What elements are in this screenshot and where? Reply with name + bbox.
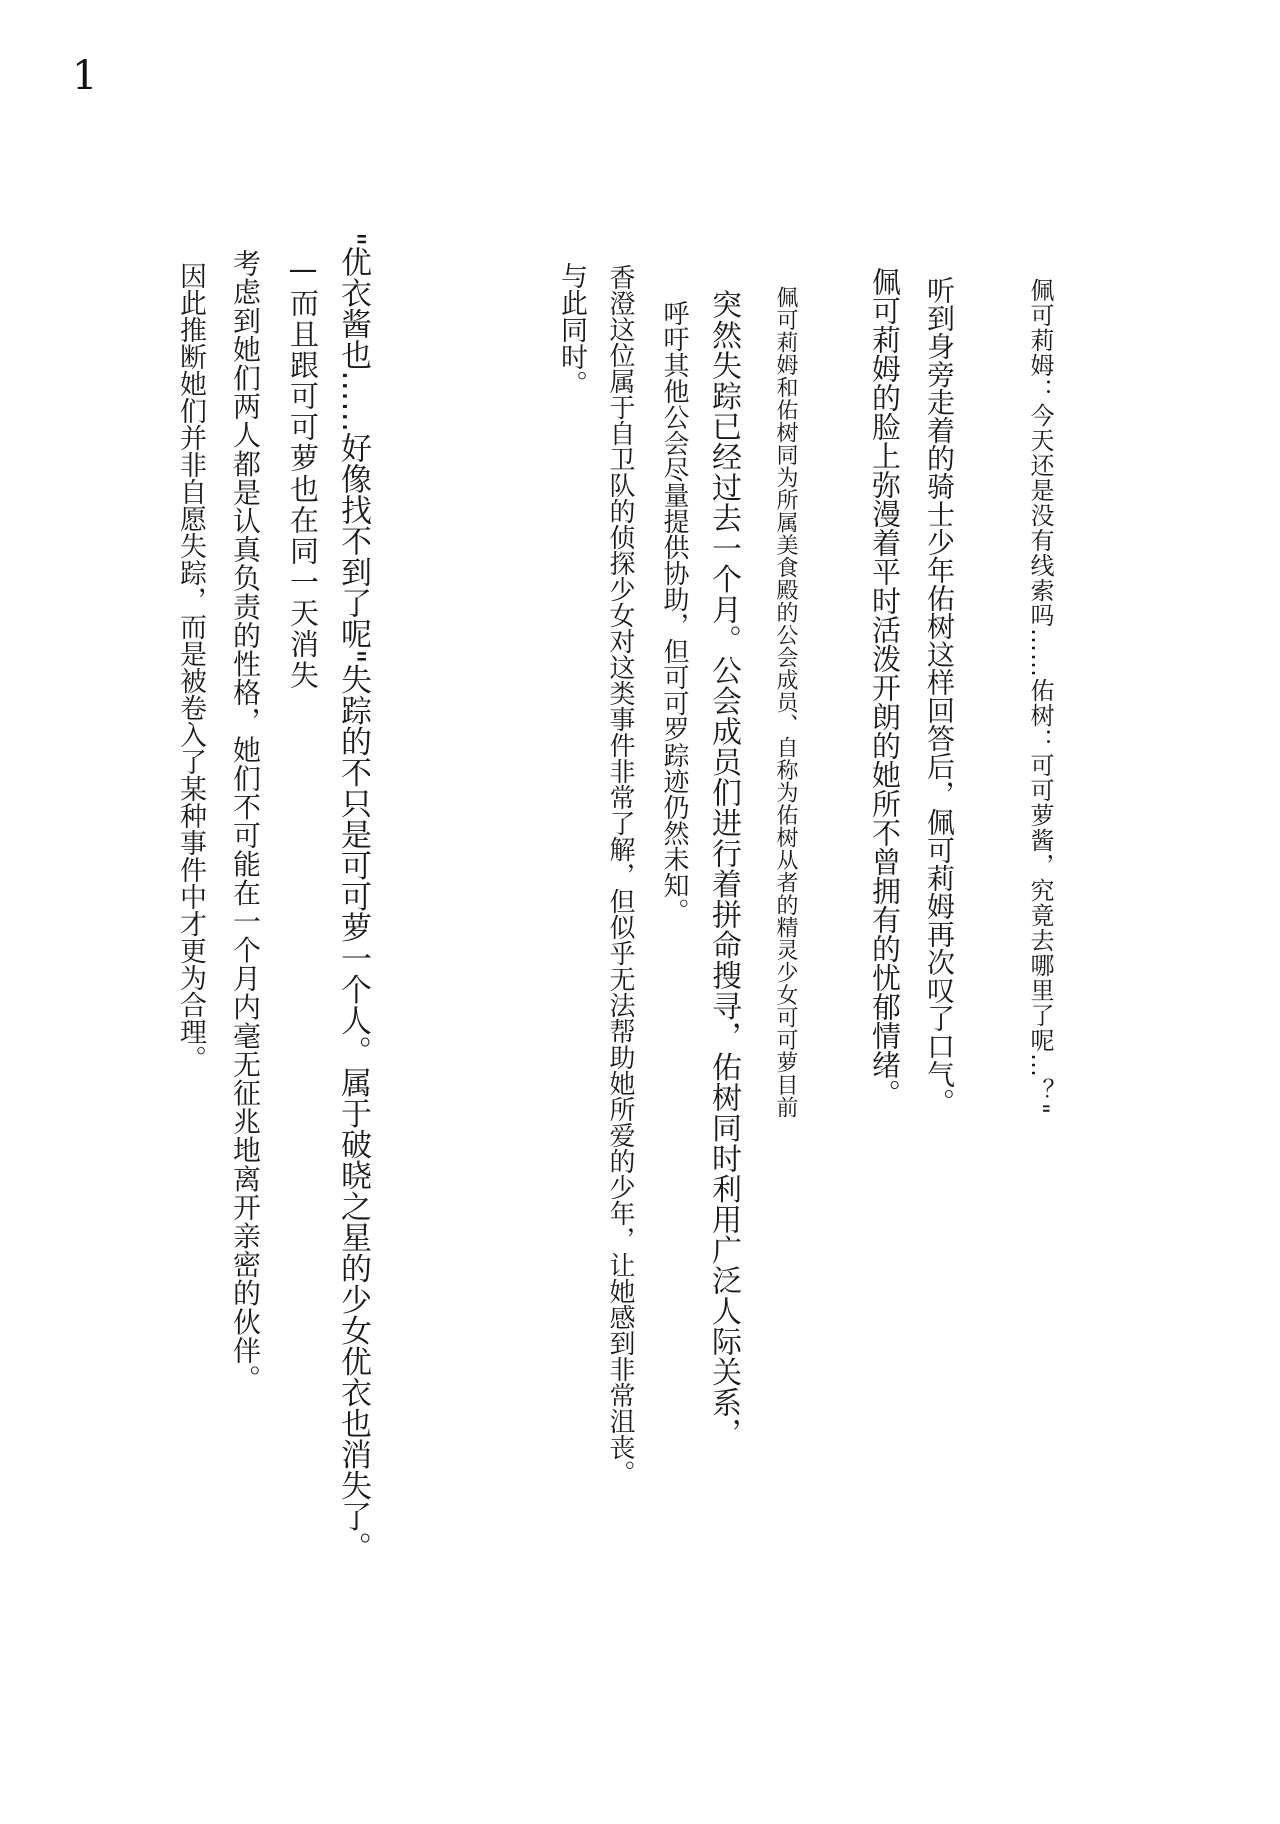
text-column-10: —而且跟可可萝也在同一天消失 <box>288 252 317 691</box>
text-column-1: 佩可莉姆：今天还是没有线索吗……佑树：可可萝酱，究竟去哪里了呢…？" <box>1028 278 1052 1115</box>
document-page: 1 佩可莉姆：今天还是没有线索吗……佑树：可可萝酱，究竟去哪里了呢…？" 听到身… <box>0 0 1280 1824</box>
page-number: 1 <box>72 56 97 96</box>
leading-dash: — <box>286 252 320 288</box>
text-column-9: "优衣酱也……好像找不到了呢"失踪的不只是可可萝一个人。属于破晓之星的少女优衣也… <box>337 232 368 1563</box>
text-column-6: 呼吁其他公会尽量提供协助，但可可罗踪迹仍然未知。 <box>661 300 687 924</box>
text-column-11: 考虑到她们两人都是认真负责的性格，她们不可能在一个月内毫无征兆地离开亲密的伙伴。 <box>231 249 259 1393</box>
text-column-10-body: 而且跟可可萝也在同一天消失 <box>286 288 320 691</box>
text-column-4: 佩可莉姆和佑树同为所属美食殿的公会成员、自称为佑树从者的精灵少女可可萝目前 <box>774 286 796 1119</box>
text-column-2: 听到身旁走着的骑士少年佑树这样回答后，佩可莉姆再次叹了口气。 <box>925 276 953 1116</box>
text-column-5: 突然失踪已经过去一个月。公会成员们进行着拼命搜寻，佑树同时利用广泛人际关系， <box>708 289 738 1448</box>
text-column-3: 佩可莉姆的脸上弥漫着平时活泼开朗的她所不曾拥有的忧郁情绪。 <box>870 267 899 1108</box>
text-column-7: 香澄这位属于自卫队的侦探少女对这类事件非常了解，但似乎无法帮助她所爱的少年，让她… <box>607 264 633 1486</box>
text-column-8: 与此同时。 <box>558 262 585 397</box>
text-column-12: 因此推断她们并非自愿失踪，而是被卷入了某种事件中才更为合理。 <box>177 262 204 1072</box>
